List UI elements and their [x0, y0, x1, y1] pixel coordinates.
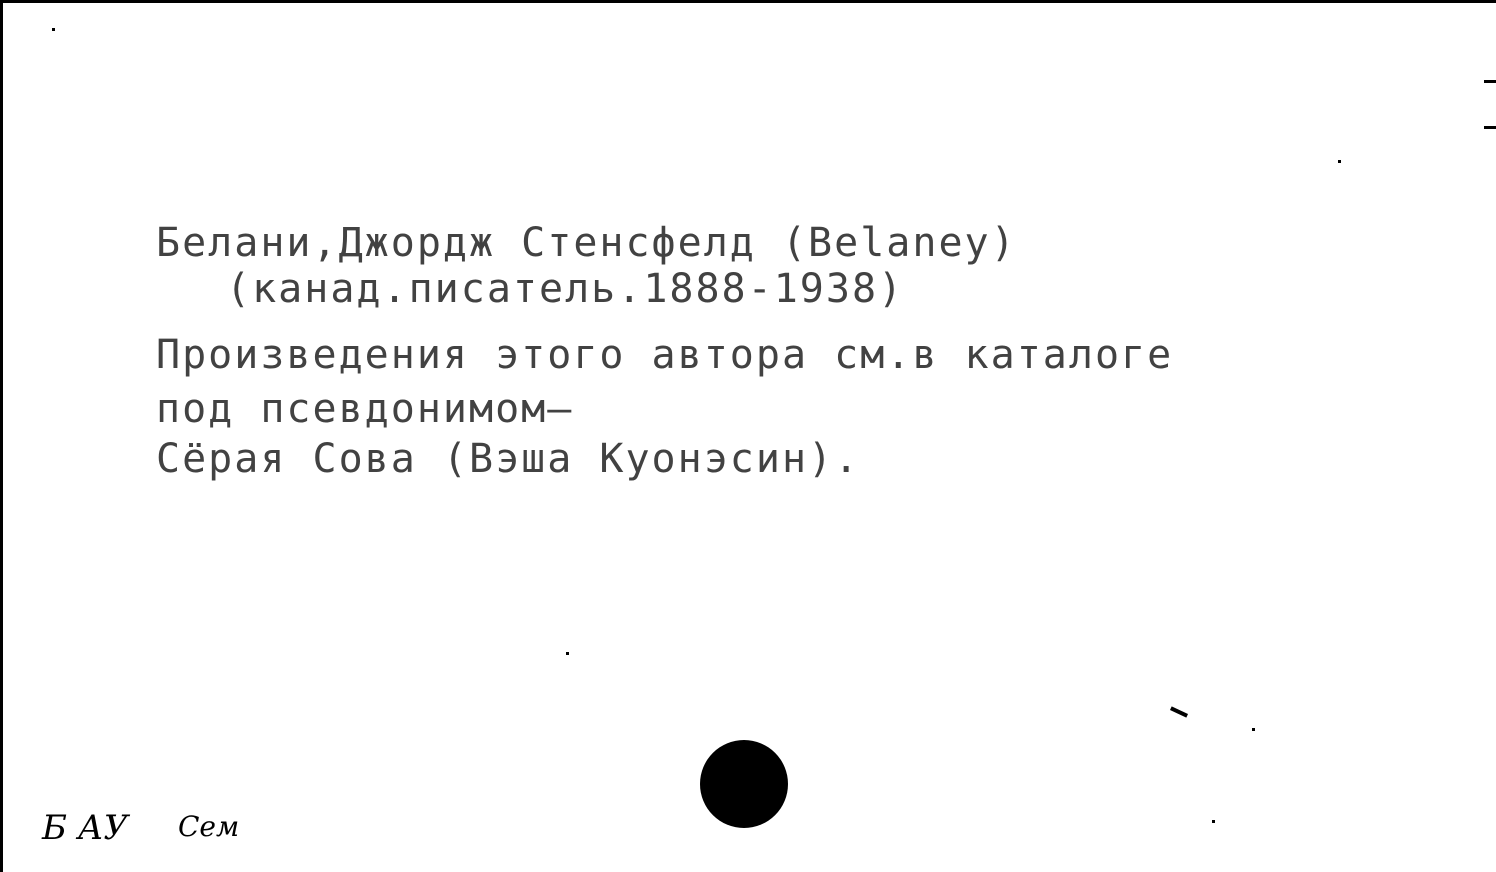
edge-mark — [1484, 126, 1496, 129]
reference-text: Произведения этого автора см.в каталоге — [156, 332, 1173, 378]
punch-hole — [700, 740, 788, 828]
handwritten-shelfmark: Б АУ — [42, 808, 128, 848]
speck — [1338, 160, 1341, 163]
speck — [1252, 728, 1255, 731]
catalog-card: Белани,Джордж Стенсфелд (Belaney) (канад… — [0, 0, 1496, 872]
author-description: (канад.писатель.1888-1938) — [226, 266, 904, 312]
pseudonym-text: Сёрая Сова (Вэша Куонэсин). — [156, 436, 860, 482]
ink-mark — [1170, 706, 1188, 717]
reference-text-cont: под псевдонимом— — [156, 386, 573, 432]
speck — [1212, 820, 1215, 823]
edge-mark — [1484, 80, 1496, 83]
card-edge-left — [0, 0, 3, 872]
card-edge-top — [0, 0, 1496, 3]
speck — [52, 28, 55, 31]
author-heading: Белани,Джордж Стенсфелд (Belaney) — [156, 220, 1017, 266]
speck — [566, 652, 569, 655]
handwritten-note: Сем — [178, 810, 239, 843]
